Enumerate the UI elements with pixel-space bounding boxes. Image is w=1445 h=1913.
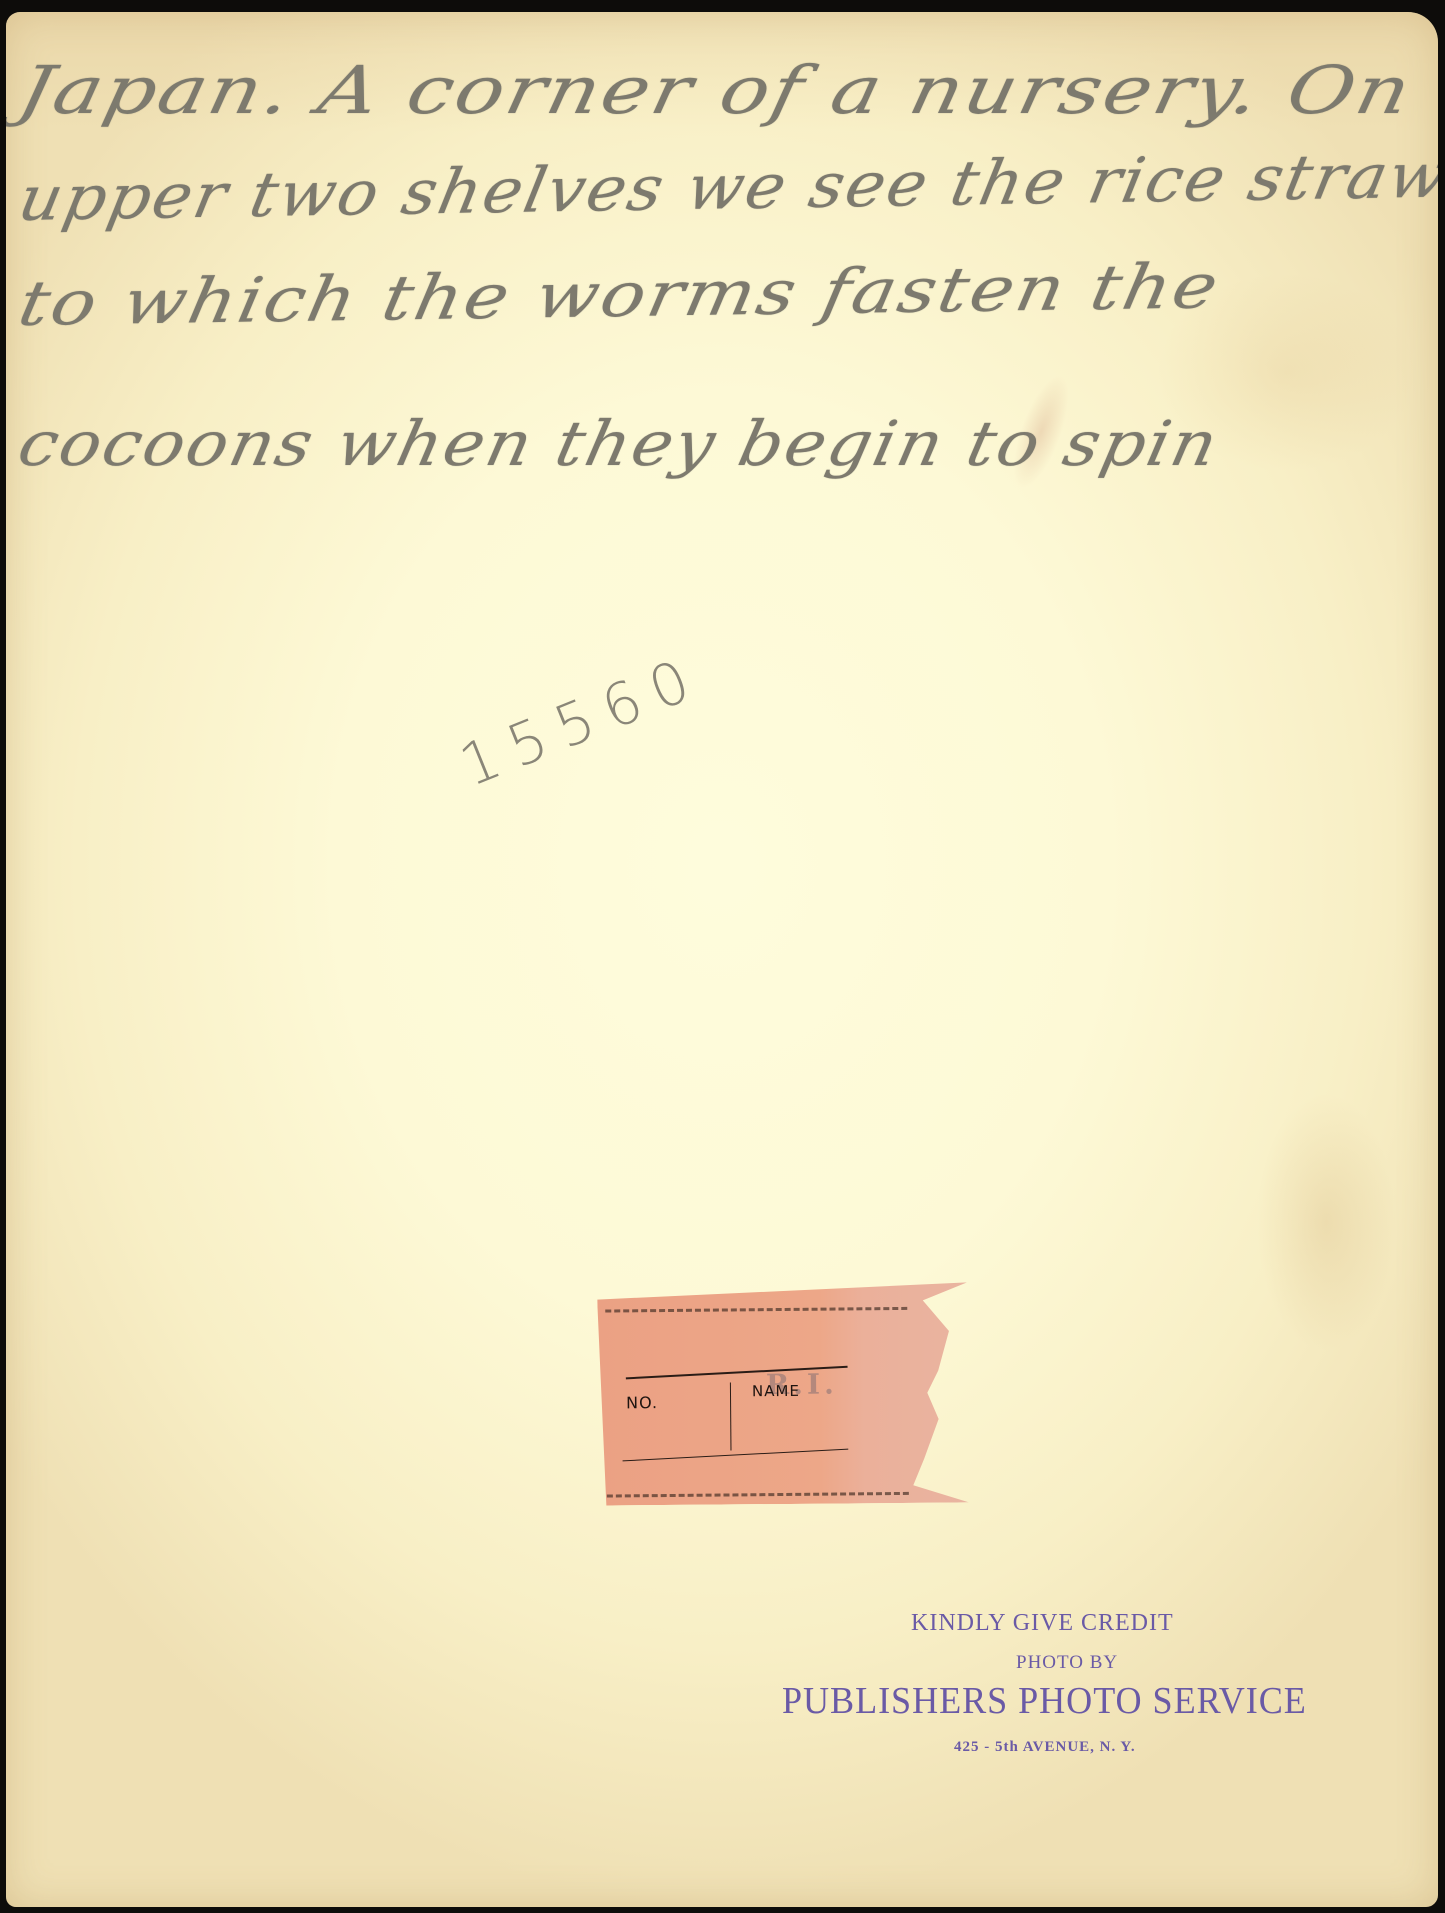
catalog-number: 15560 [451,642,712,800]
perforation-bottom [607,1492,909,1498]
photo-back-card: Japan. A corner of a nursery. On the upp… [6,12,1438,1907]
caption-line-2: upper two shelves we see the rice straw [13,139,1438,235]
caption-line-3: to which the worms fasten the [13,249,1226,340]
label-no-field: NO. [626,1393,658,1412]
archive-label: R.I. NO. NAME [597,1282,969,1505]
label-name-field: NAME [752,1382,800,1400]
credit-stamp-agency: PUBLISHERS PHOTO SERVICE [782,1679,1307,1723]
caption-line-1: Japan. A corner of a nursery. On the [12,52,1438,129]
credit-stamp-line-2: PHOTO BY [1016,1652,1118,1674]
credit-stamp-address: 425 - 5th AVENUE, N. Y. [954,1739,1136,1756]
label-divider [730,1382,732,1450]
perforation-top [605,1307,907,1313]
label-rule-bottom [623,1449,849,1462]
stain-right [1256,1092,1396,1352]
credit-stamp-line-1: KINDLY GIVE CREDIT [911,1610,1174,1637]
caption-line-4: cocoons when they begin to spin [12,407,1226,480]
